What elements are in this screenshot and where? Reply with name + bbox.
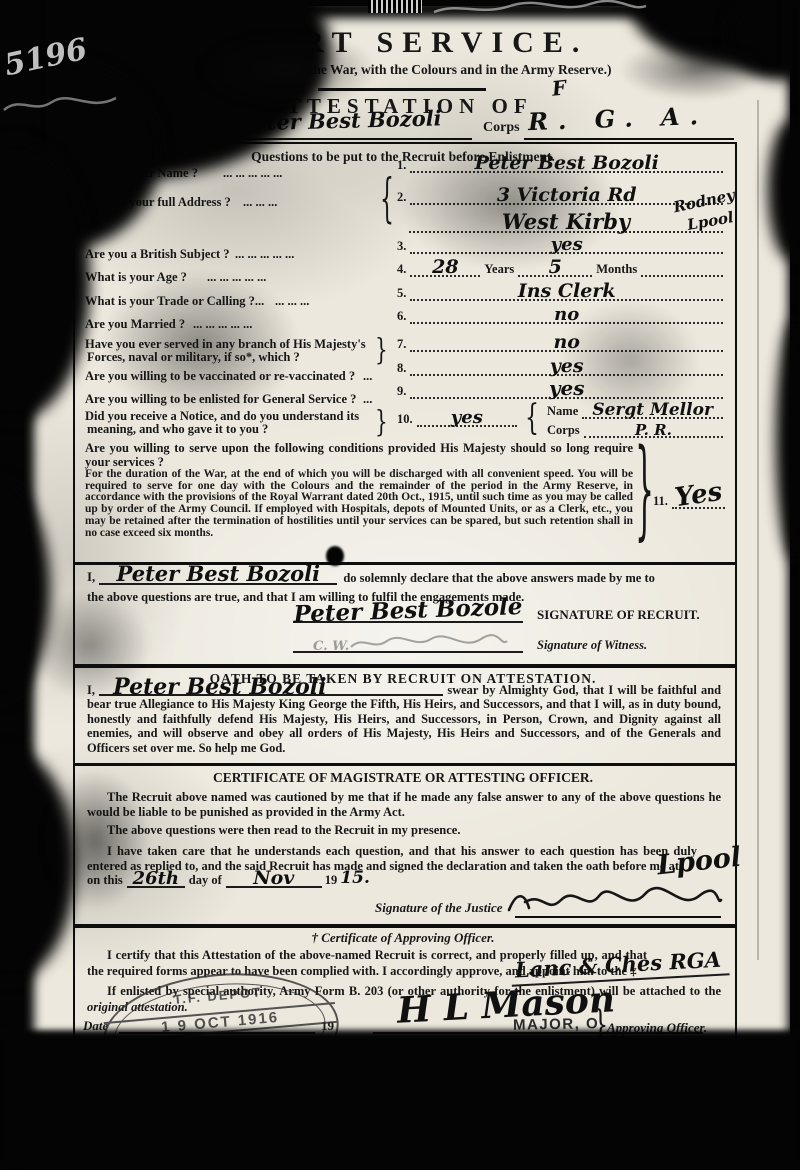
magistrate-date-row: on this 26th day of Nov 19 15. [87,868,487,888]
declaration-line1: I, Peter Best Bozoli do solemnly declare… [87,567,719,585]
answer-9-handwritten: yes [410,376,723,400]
witness-signature-scrawl [349,631,509,655]
answer-row-5: 5. Ins Clerk [397,284,723,301]
signature-of-recruit-label: SIGNATURE OF RECRUIT. [537,607,700,623]
question-3: Are you a British Subject ? [85,248,230,262]
answer-row-10-name: Name Sergt Mellor [547,402,723,419]
fold-crease [757,100,759,960]
question-7-line2: Forces, naval or military, if so*, which… [87,351,300,365]
answer-5-handwritten: Ins Clerk [410,280,723,302]
oath-box: OATH TO BE TAKEN BY RECRUIT ON ATTESTATI… [73,666,737,765]
barcode [368,0,422,13]
ink-dot [326,546,344,566]
question-10-line2: meaning, and who gave it to you ? [87,423,268,437]
answer-row-2b: West Kirby [409,216,723,233]
answer-row-11: 11. Yes [653,492,725,509]
approving-heading: † Certificate of Approving Officer. [75,930,731,946]
answer-8-handwritten: yes [410,355,723,377]
left-scribble-scrawl [0,88,120,118]
answer-4-years-handwritten: 28 [410,256,480,278]
question-11-text: Are you willing to serve upon the follow… [85,442,633,469]
question-5: What is your Trade or Calling ?... [85,295,264,309]
years-label: Years [484,262,514,277]
witness-signature-row: C. W. Signature of Witness. [293,635,723,653]
answer-7-handwritten: no [410,331,723,353]
oath-prefix: I, [87,683,95,697]
question-10-brace-right: { [525,399,539,439]
answer-row-6: 6. no [397,307,723,324]
answer-10-name-handwritten: Sergt Mellor [582,400,723,420]
day-value-handwritten: 26th [127,868,185,889]
question-1-dots: ... ... ... ... ... [223,167,282,181]
header-rule [318,88,486,91]
question-6-dots: ... ... ... ... ... [193,318,252,332]
signature-of-justice-label: Signature of the Justice [375,900,503,916]
signature-of-witness-label: Signature of Witness. [537,638,647,653]
answer-11-handwritten: Yes [670,476,727,513]
answer-row-8: 8. yes [397,359,723,376]
question-3-dots: ... ... ... ... ... [235,248,294,262]
question-4: What is your Age ? [85,271,187,285]
top-scribble-scrawl [430,0,650,18]
attestation-form-scan: SHORT SERVICE. (For the Duration of the … [0,0,800,1170]
answer-row-4: 4. 28 Years 5 Months [397,260,723,277]
question-10-brace-left: } [375,403,388,439]
answer-10-handwritten: yes [417,407,517,428]
on-this-label: on this [87,873,123,888]
magistrate-box: CERTIFICATE OF MAGISTRATE OR ATTESTING O… [73,764,737,926]
oath-text: I, Peter Best Bozoli swear by Almighty G… [87,680,721,755]
answer-6-handwritten: no [410,304,723,325]
answer-row-10: 10. yes [397,410,517,427]
question-8-dots: ... [363,370,372,384]
year-value-handwritten: 15. [340,868,370,888]
questions-box: Questions to be put to the Recruit befor… [73,142,737,564]
magistrate-heading: CERTIFICATE OF MAGISTRATE OR ATTESTING O… [75,770,731,786]
question-2-brace: { [380,171,394,231]
declaration-box: I, Peter Best Bozoli do solemnly declare… [73,563,737,666]
question-8: Are you willing to be vaccinated or re-v… [85,370,355,384]
q10-corps-label: Corps [547,423,580,438]
answer-1-handwritten: Peter Best Bozoli [410,152,723,174]
answer-4-months-handwritten: 5 [518,256,592,278]
answer-row-9: 9. yes [397,382,723,399]
question-5-dots: ... ... ... [275,295,309,309]
corps-underline [524,138,734,140]
question-2-dots: ... ... ... [243,196,277,210]
question-7-brace: } [375,331,388,367]
corps-note-handwritten: F [551,75,568,100]
answer-row-3: 3. yes [397,237,723,254]
question-6: Are you Married ? [85,318,185,332]
declaration-prefix: I, [87,569,95,585]
answer-3-handwritten: yes [410,234,723,255]
recruit-signature-row: Peter Best Bozole SIGNATURE OF RECRUIT. [293,605,723,623]
question-11-brace: } [635,429,654,555]
year-printed: 19 [325,873,338,888]
oath-name-handwritten: Peter Best Bozoli [99,680,443,696]
question-9-dots: ... [363,393,372,407]
month-value-handwritten: Nov [226,867,322,889]
justice-signature-scrawl [503,884,723,918]
declaration-name-handwritten: Peter Best Bozoli [99,561,337,586]
scan-bottom-region [0,1030,800,1170]
question-9: Are you willing to be enlisted for Gener… [85,393,356,407]
declaration-text1: do solemnly declare that the above answe… [343,572,655,586]
answer-row-7: 7. no [397,335,723,352]
magistrate-para2: The above questions were then read to th… [87,824,460,838]
question-4-dots: ... ... ... ... ... [207,271,266,285]
day-of-label: day of [189,873,222,888]
magistrate-para1: The Recruit above named was cautioned by… [87,790,721,820]
months-label: Months [596,262,637,277]
answer-row-1: 1. Peter Best Bozoli [397,156,723,173]
q10-name-label: Name [547,404,578,419]
question-11-body: For the duration of the War, at the end … [85,469,633,539]
corps-label: Corps [483,120,520,136]
